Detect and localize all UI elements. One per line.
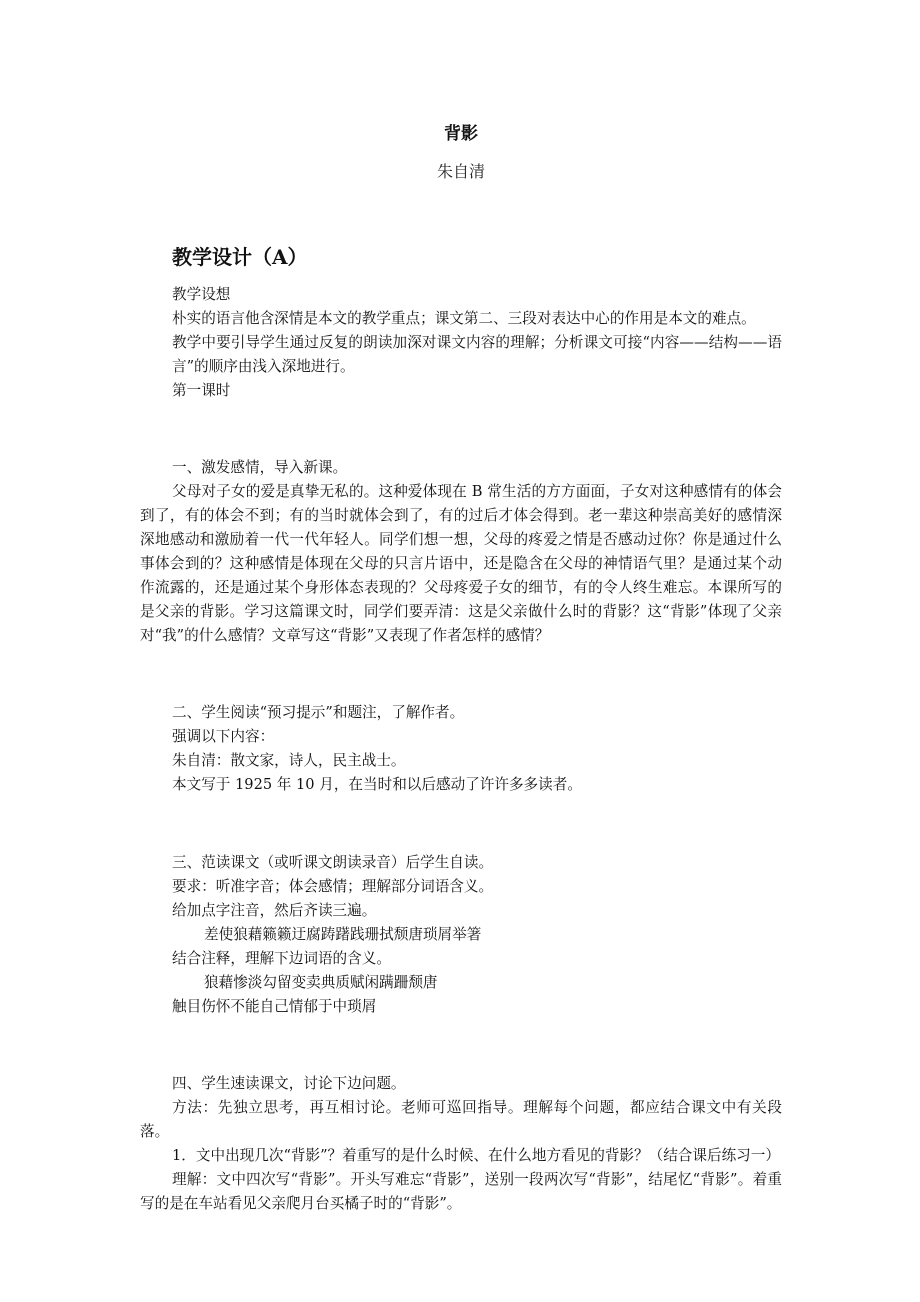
paragraph: 方法：先独立思考，再互相讨论。老师可巡回指导。理解每个问题，都应结合课文中有关段… [140, 1096, 782, 1144]
paragraph: 给加点字注音，然后齐读三遍。 [140, 899, 782, 923]
paragraph: 差使狼藉籁籁迂腐踌躇践珊拭颓唐琐屑举箸 [140, 923, 782, 947]
paragraph-spacer [140, 812, 782, 836]
paragraph: 第一课时 [140, 379, 782, 403]
paragraph: 教学中要引导学生通过反复的朗读加深对课文内容的理解；分析课文可接“内容——结构—… [140, 331, 782, 379]
paragraph: 朴实的语言他含深情是本文的教学重点；课文第二、三段对表达中心的作用是本文的难点。 [140, 307, 782, 331]
paragraph: 1．文中出现几次“背影”？着重写的是什么时候、在什么地方看见的背影？（结合课后练… [140, 1144, 782, 1168]
paragraph: 三、范读课文（或听课文朗读录音）后学生自读。 [140, 851, 782, 875]
paragraph: 二、学生阅读“预习提示”和题注，了解作者。 [140, 701, 782, 725]
paragraph-spacer [140, 418, 782, 442]
document-author: 朱自清 [140, 160, 782, 184]
section-heading: 教学设计（A） [172, 242, 308, 272]
document-title: 背影 [140, 122, 782, 146]
paragraph: 教学设想 [140, 283, 782, 307]
paragraph: 四、学生速读课文，讨论下边问题。 [140, 1072, 782, 1096]
paragraph: 本文写于 1925 年 10 月，在当时和以后感动了许许多多读者。 [140, 773, 782, 797]
paragraph-spacer [140, 1033, 782, 1057]
paragraph: 强调以下内容： [140, 725, 782, 749]
paragraph: 理解：文中四次写“背影”。开头写难忘“背影”，送别一段两次写“背影”，结尾忆“背… [140, 1168, 782, 1216]
paragraph-spacer [140, 663, 782, 687]
document-body: 教学设想朴实的语言他含深情是本文的教学重点；课文第二、三段对表达中心的作用是本文… [140, 283, 782, 1216]
paragraph: 父母对子女的爱是真挚无私的。这种爱体现在 B 常生活的方方面面，子女对这种感情有… [140, 480, 782, 648]
paragraph: 要求：听准字音；体会感情；理解部分词语含义。 [140, 875, 782, 899]
paragraph: 触目伤怀不能自己情郁于中琐屑 [140, 995, 782, 1019]
paragraph: 朱自清：散文家，诗人，民主战士。 [140, 749, 782, 773]
paragraph: 一、激发感情，导入新课。 [140, 456, 782, 480]
paragraph: 结合注释，理解下边词语的含义。 [140, 947, 782, 971]
paragraph: 狼藉惨淡勾留变卖典质赋闲蹒跚颓唐 [140, 971, 782, 995]
